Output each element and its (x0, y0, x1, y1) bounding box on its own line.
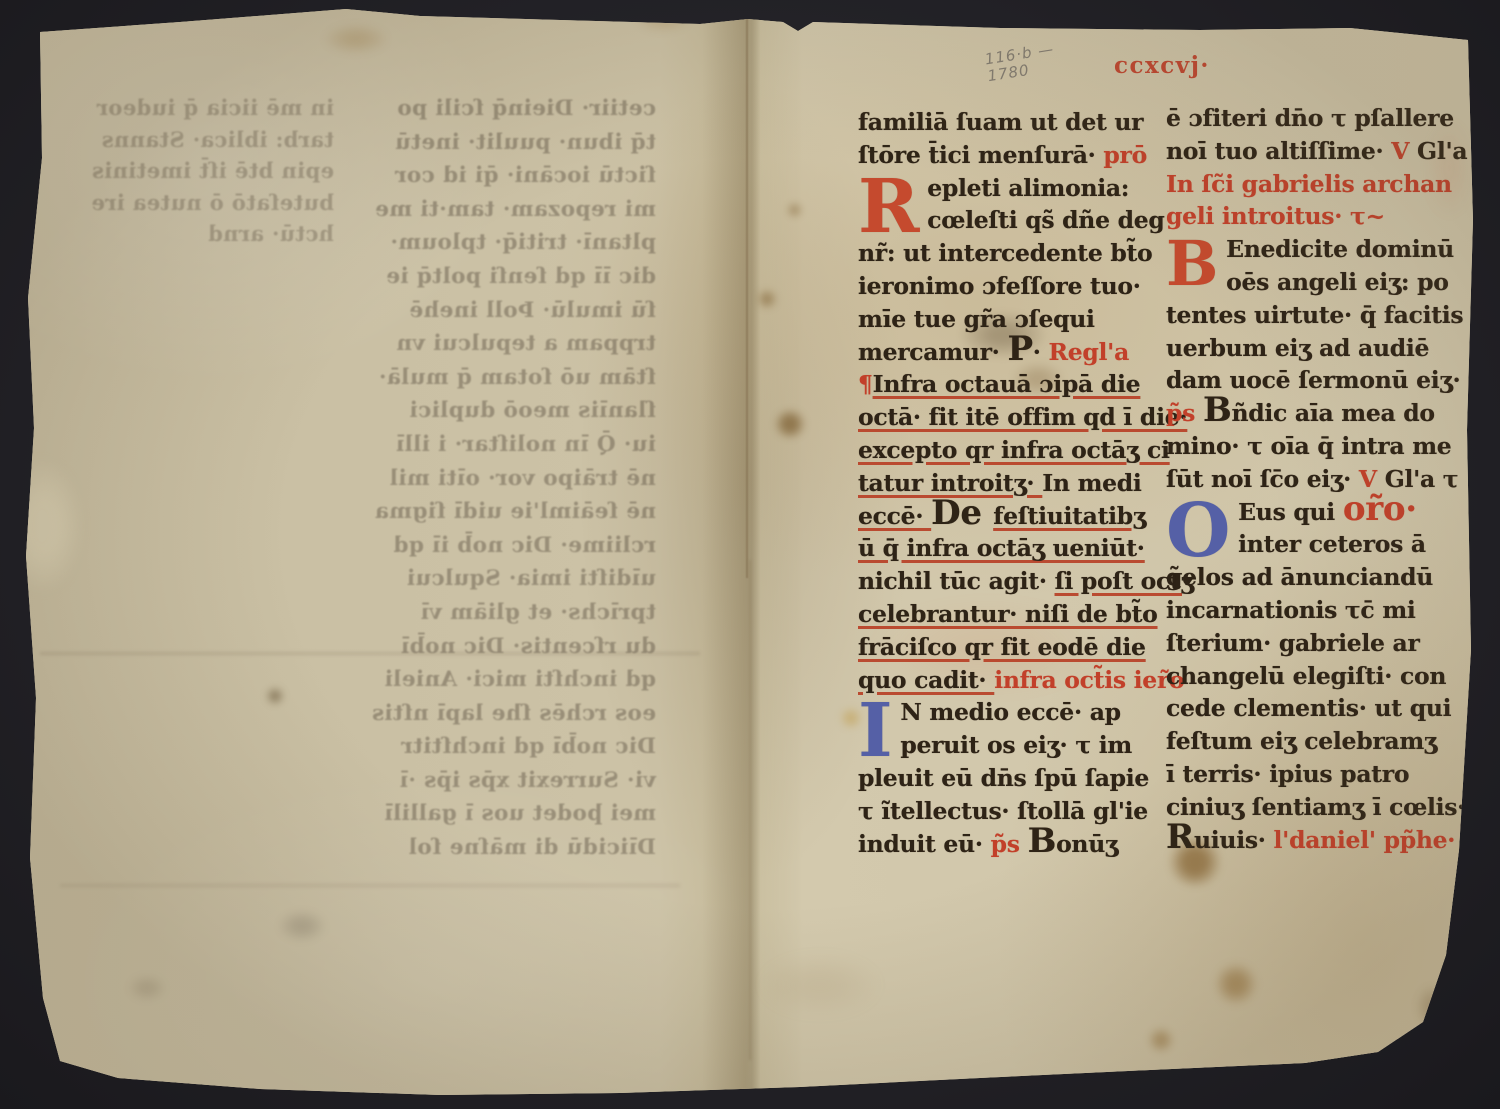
showthrough-line: epin btē iſt̄ imetinis (78, 155, 334, 187)
body-text: R (1166, 817, 1194, 857)
text-line: ieronimo ɔfeſſore tuo· (858, 270, 1154, 303)
photo-background: in mē iicia q̄ iudeortarb: iblica· Stann… (0, 0, 1500, 1109)
rubric-text: geli introitus· τ~ (1166, 202, 1385, 230)
body-text: changelū elegiſti· con (1166, 662, 1446, 690)
showthrough-line: nē ſeāiml'ie uidī ſigma (334, 495, 656, 529)
body-text: cœleſti qs̃ dñe deg (927, 206, 1164, 234)
body-text: onūʒ (1056, 830, 1118, 858)
stain (278, 910, 326, 942)
fold-crack-line (746, 18, 748, 578)
showthrough-outer-column: in mē iicia q̄ iudeortarb: iblica· Stann… (78, 92, 334, 250)
body-text: incarnationis τc̄ mi (1166, 596, 1416, 624)
body-text: mino· τ oīa q̄ intra me (1166, 432, 1451, 460)
text-line: quo cadit· infra oct̃is ier̃o (858, 664, 1154, 697)
body-text (1195, 399, 1203, 427)
horizontal-crease (60, 884, 680, 887)
text-line: p̃s Bñdic aīa mea do (1166, 397, 1466, 430)
body-text: peruit os eiʒ· τ im (900, 731, 1132, 759)
illuminated-initial: B (1166, 233, 1226, 295)
pencil-inscription: 116·b — 1780 (984, 41, 1058, 85)
body-text: celebrantur· niſi de bt̃o (858, 600, 1158, 628)
text-line: OEus qui or̃o· (1166, 496, 1466, 529)
rubric-text: Regl'a (1049, 338, 1129, 366)
body-text: ieronimo ɔfeſſore tuo· (858, 272, 1141, 300)
body-text: excepto qr infra octāʒ ci (858, 436, 1170, 464)
text-line: In ſc̃i gabrielis archan (1166, 168, 1466, 201)
text-line: uerbum eiʒ ad audiē (1166, 332, 1466, 365)
body-text: quo cadit· (858, 666, 994, 694)
center-fold (702, 0, 798, 1109)
showthrough-line: mi repozam· tam·ti me (334, 193, 656, 227)
text-line: tentes uirtute· q̄ facitis (1166, 299, 1466, 332)
text-line: mercamur· P· Regl'a (858, 336, 1154, 369)
stain (266, 688, 284, 704)
rubric-text: l'daniel' pp̃he· (1274, 826, 1456, 854)
body-text: eccē· (858, 502, 931, 530)
text-line: ī terris· ipius patro (1166, 758, 1466, 791)
text-line: peruit os eiʒ· τ im (858, 729, 1154, 762)
rubric-text: In ſc̃i gabrielis archan (1166, 170, 1452, 198)
stain (760, 955, 880, 1015)
body-text: uerbum eiʒ ad audiē (1166, 334, 1429, 362)
body-text: In medi (1042, 469, 1141, 497)
body-text: De (931, 493, 993, 533)
body-text: B (1028, 821, 1057, 861)
folio-number: ccxcvj· (1114, 52, 1210, 79)
body-text: ē ɔfiteri dn̄o τ pſallere (1166, 104, 1454, 132)
body-text: noī tuo altiſſime· (1166, 137, 1391, 165)
body-text: epleti alimonia: (927, 174, 1129, 202)
body-text: ñdic aīa mea do (1231, 399, 1434, 427)
body-text: pleuit eū dn̄s ſpū ſapie (858, 764, 1149, 792)
stain (1215, 963, 1257, 1005)
stain (757, 290, 777, 308)
showthrough-line: qd inchſti mici· Anieli (334, 663, 656, 697)
illuminated-initial: R (858, 172, 927, 236)
body-text: ſterium· gabriele ar (1166, 629, 1420, 657)
text-line: tatur introitʒ· In medi (858, 467, 1154, 500)
showthrough-line: ſū imulū· Þoll inehē (334, 294, 656, 328)
body-text: familiā ſuam ut det ur (858, 108, 1143, 136)
body-text (1020, 830, 1028, 858)
text-line: incarnationis τc̄ mi (1166, 594, 1466, 627)
illuminated-initial: O (1166, 496, 1238, 560)
text-column-a: familiā ſuam ut det urſtōre t̄ici menſur… (858, 106, 1154, 860)
showthrough-inner-column: cetiir· Dieinq̄ ſcili potq̄ ibun· puulit… (334, 92, 656, 865)
body-text: Eus qui (1238, 498, 1343, 526)
text-line: changelū elegiſti· con (1166, 660, 1466, 693)
text-line: noī tuo altiſſime· V Gl'a (1166, 135, 1466, 168)
body-text: nr̃: ut intercedente bt̃o (858, 239, 1152, 267)
showthrough-line: mei þodet uos ī gallilī (334, 797, 656, 831)
manuscript-bifolium: in mē iicia q̄ iudeortarb: iblica· Stann… (0, 0, 1500, 1109)
body-text: frāciſco qr fit eodē die (858, 633, 1146, 661)
rubric-text: prō (1103, 141, 1147, 169)
body-text: octā· fit itē offim qd ī die· (858, 403, 1187, 431)
body-text: Gl'a (1409, 137, 1467, 165)
showthrough-line: ſtām uō ſotam q̄ mulā· (334, 361, 656, 395)
text-line: ¶Infra octauā ɔipā die (858, 368, 1154, 401)
body-text: ū q̄ infra octāʒ ueniūt· (858, 534, 1145, 562)
text-line: frāciſco qr fit eodē die (858, 631, 1154, 664)
stain (1148, 1028, 1174, 1052)
fold-crack-line-lower (749, 560, 751, 1060)
showthrough-line: iu· Q̄ īn noliſtar· i illī (334, 428, 656, 462)
text-line: BEnedicite dominū (1166, 233, 1466, 266)
stain (787, 203, 802, 217)
showthrough-line: tq̄ ibun· puulit· inetū (334, 126, 656, 160)
body-text: uiuis· (1194, 826, 1274, 854)
showthrough-line: Dīicidū di māſne ſol (334, 831, 656, 865)
text-line: ē ɔfiteri dn̄o τ pſallere (1166, 102, 1466, 135)
body-text: ſūt noī ſc̄o eiʒ· (1166, 465, 1359, 493)
stain (324, 24, 388, 54)
text-line: nr̃: ut intercedente bt̃o (858, 237, 1154, 270)
text-line: Repleti alimonia: (858, 172, 1154, 205)
showthrough-line: pltanī· tritiq̄· tploum· (334, 226, 656, 260)
text-line: geli introitus· τ~ (1166, 200, 1466, 233)
stain (636, 8, 690, 32)
rubric-text: p̃s (1166, 399, 1195, 427)
stain (1416, 985, 1448, 1029)
text-line: eccē· De feſtiuitatibʒ (858, 500, 1154, 533)
body-text: cede clementis· ut qui (1166, 694, 1451, 722)
showthrough-line: ſlanīis meoō duplici (334, 394, 656, 428)
showthrough-line: hctū· arnd (78, 218, 334, 250)
showthrough-line: Dic nob̄ī qd inchſtitr (334, 730, 656, 764)
body-text: gelos ad ānunciandū (1166, 563, 1433, 591)
body-text: τ ĩtellectus· ſtollā gl'ie (858, 797, 1148, 825)
showthrough-line: du rſcentis· Dic nob̄ī (334, 630, 656, 664)
body-text: mīe tue gr̃a ɔſequi (858, 305, 1095, 333)
stain (4, 462, 80, 590)
text-line: cede clementis· ut qui (1166, 692, 1466, 725)
text-line: IN medio eccē· ap (858, 696, 1154, 729)
body-text: N medio eccē· ap (900, 698, 1120, 726)
text-line: ſterium· gabriele ar (1166, 627, 1466, 660)
rubric-text: p̃s (991, 830, 1020, 858)
body-text: Enedicite dominū (1226, 235, 1454, 263)
text-line: induit eū· p̃s Bonūʒ (858, 828, 1154, 861)
body-text: tentes uirtute· q̄ facitis (1166, 301, 1463, 329)
body-text: induit eū· (858, 830, 991, 858)
rubric-text: or̃o· (1343, 489, 1417, 529)
showthrough-line: ſictū iocāni· q̄i id cor (334, 159, 656, 193)
text-line: familiā ſuam ut det ur (858, 106, 1154, 139)
showthrough-line: vi· Surrexit xp̄s ip̄s ·ī (334, 764, 656, 798)
body-text: inter ceteros ā (1238, 530, 1426, 558)
showthrough-line: dic īī qd ſenſi poltq̄ ie (334, 260, 656, 294)
showthrough-line: uīdiſti imia· Squlcui (334, 562, 656, 596)
text-line: excepto qr infra octāʒ ci (858, 434, 1154, 467)
stain (774, 410, 806, 438)
body-text: mercamur· (858, 338, 1007, 366)
showthrough-line: rcliime· Dic nob̄ iī qd (334, 529, 656, 563)
text-column-b: ē ɔfiteri dn̄o τ pſallerenoī tuo altiſſi… (1166, 102, 1466, 856)
body-text: oēs angeli eiʒ: po (1226, 268, 1449, 296)
showthrough-line: tprīchs· et gliām vī (334, 596, 656, 630)
rubric-text: V (1391, 137, 1409, 165)
rubric-text: ¶ (858, 370, 873, 398)
text-line: ciniuʒ ſentiamʒ ī cœlis· (1166, 791, 1466, 824)
body-text: B (1203, 390, 1232, 430)
showthrough-line: trppam a tepulcui vn (334, 327, 656, 361)
text-line: τ ĩtellectus· ſtollā gl'ie (858, 795, 1154, 828)
showthrough-line: buteſatō ō nutea ire (78, 187, 334, 219)
body-text: ſtōre t̄ici menſurā· (858, 141, 1103, 169)
showthrough-line: eos rchēs ſhe lapī nſtis (334, 697, 656, 731)
text-line: mino· τ oīa q̄ intra me (1166, 430, 1466, 463)
text-line: nichil tūc agit· ſi poſt oct̃ʒ (858, 565, 1154, 598)
illuminated-initial: I (858, 696, 900, 760)
body-text: feſtiuitatibʒ (993, 502, 1146, 530)
text-line: Ruiuis· l'daniel' pp̃he· (1166, 824, 1466, 857)
text-line: gelos ad ānunciandū (1166, 561, 1466, 594)
showthrough-line: cetiir· Dieinq̄ ſcili po (334, 92, 656, 126)
showthrough-line: nē trāipo vor· oīti mil (334, 462, 656, 496)
text-line: celebrantur· niſi de bt̃o (858, 598, 1154, 631)
text-line: mīe tue gr̃a ɔſequi (858, 303, 1154, 336)
rubric-text: infra oct̃is ier̃o (994, 666, 1184, 694)
text-line: pleuit eū dn̄s ſpū ſapie (858, 762, 1154, 795)
body-text: · (1033, 338, 1049, 366)
text-line: octā· fit itē offim qd ī die· (858, 401, 1154, 434)
showthrough-line: tarb: iblica· Stanns (78, 124, 334, 156)
body-text: ciniuʒ ſentiamʒ ī cœlis· (1166, 793, 1465, 821)
body-text: ī terris· ipius patro (1166, 760, 1409, 788)
text-line: ſtōre t̄ici menſurā· prō (858, 139, 1154, 172)
text-line: ſūt noī ſc̄o eiʒ· V Gl'a τ (1166, 463, 1466, 496)
body-text: Infra octauā ɔipā die (873, 370, 1141, 398)
body-text: P (1007, 329, 1032, 369)
text-line: feſtum eiʒ celebramʒ (1166, 725, 1466, 758)
stain (128, 975, 166, 1001)
text-line: ū q̄ infra octāʒ ueniūt· (858, 532, 1154, 565)
body-text: feſtum eiʒ celebramʒ (1166, 727, 1437, 755)
body-text: nichil tūc agit· (858, 567, 1055, 595)
showthrough-line: in mē iicia q̄ iudeor (78, 92, 334, 124)
